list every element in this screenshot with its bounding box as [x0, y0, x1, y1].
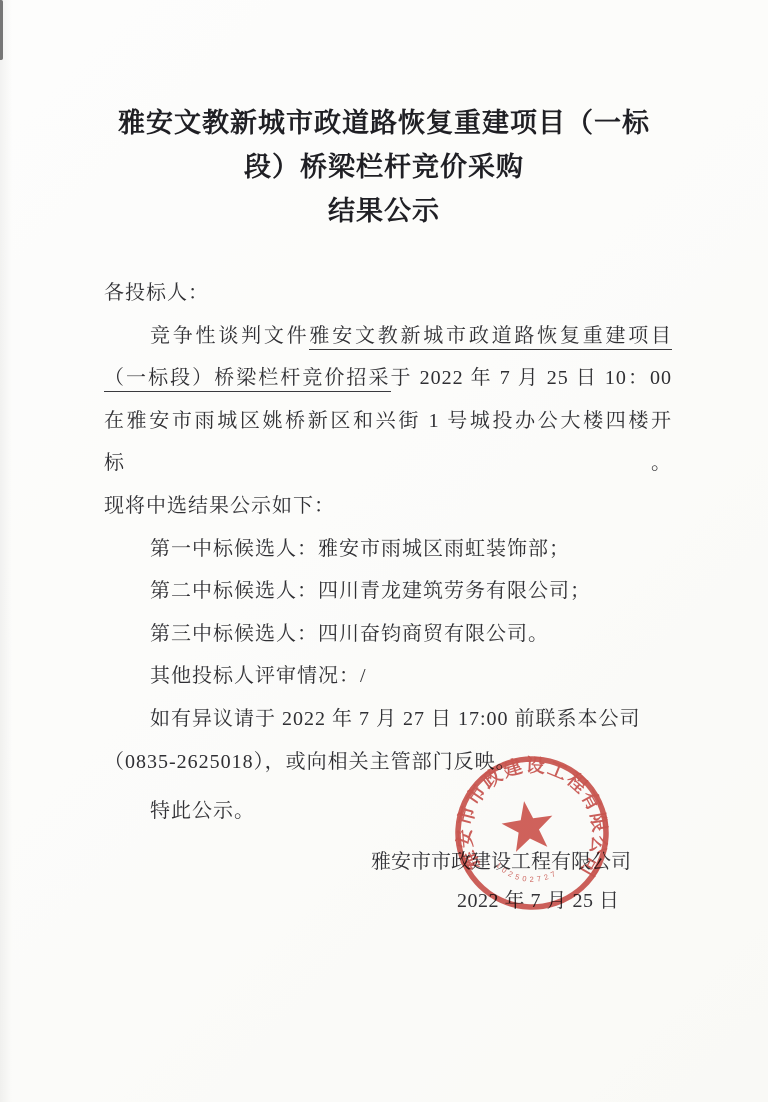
negotiation-doc-lead-text: 竞争性谈判文件 — [150, 325, 309, 347]
candidate-line-3: 第三中标候选人：四川奋钧商贸有限公司。 — [104, 613, 672, 656]
paragraph-line-1: 竞争性谈判文件雅安文教新城市政道路恢复重建项目 — [104, 315, 672, 358]
seal-serial-text-curved: 102502727 — [493, 860, 559, 885]
title-line-3: 结果公示 — [60, 189, 708, 233]
document-title: 雅安文教新城市政道路恢复重建项目（一标 段）桥梁栏杆竞价采购 结果公示 — [60, 101, 708, 233]
scan-corner-artifact — [0, 0, 3, 60]
candidate-line-1: 第一中标候选人：雅安市雨城区雨虹装饰部； — [104, 528, 672, 571]
seal-star-icon — [499, 797, 557, 853]
scan-left-edge-shading — [0, 0, 12, 1102]
underlined-project-name-cont: （一标段）桥梁栏杆竞价招采 — [104, 367, 391, 392]
title-line-1: 雅安文教新城市政道路恢复重建项目（一标 — [60, 101, 708, 145]
scanned-document-page: 雅安文教新城市政道路恢复重建项目（一标 段）桥梁栏杆竞价采购 结果公示 各投标人… — [0, 0, 768, 1102]
underlined-project-name: 雅安文教新城市政道路恢复重建项目 — [309, 325, 672, 350]
company-seal: 雅安市市政建设工程有限公司 102502727 — [450, 751, 614, 915]
paragraph-line-2: （一标段）桥梁栏杆竞价招采于 2022 年 7 月 25 日 10：00 — [104, 357, 672, 400]
seal-serial-number: 102502727 — [493, 860, 559, 885]
other-bidders-line: 其他投标人评审情况：/ — [104, 655, 672, 698]
paragraph-line-4: 现将中选结果公示如下： — [104, 485, 672, 528]
paragraph-line-3: 在雅安市雨城区姚桥新区和兴街 1 号城投办公大楼四楼开标。 — [104, 400, 672, 485]
title-line-2: 段）桥梁栏杆竞价采购 — [60, 145, 708, 189]
bid-opening-datetime-text: 于 2022 年 7 月 25 日 10：00 — [391, 367, 673, 389]
salutation: 各投标人： — [104, 272, 672, 315]
candidate-line-2: 第二中标候选人：四川青龙建筑劳务有限公司； — [104, 570, 672, 613]
objection-line-1: 如有异议请于 2022 年 7 月 27 日 17:00 前联系本公司 — [104, 698, 672, 741]
document-body: 各投标人： 竞争性谈判文件雅安文教新城市政道路恢复重建项目 （一标段）桥梁栏杆竞… — [104, 272, 672, 833]
company-seal-graphic: 雅安市市政建设工程有限公司 102502727 — [450, 751, 614, 915]
